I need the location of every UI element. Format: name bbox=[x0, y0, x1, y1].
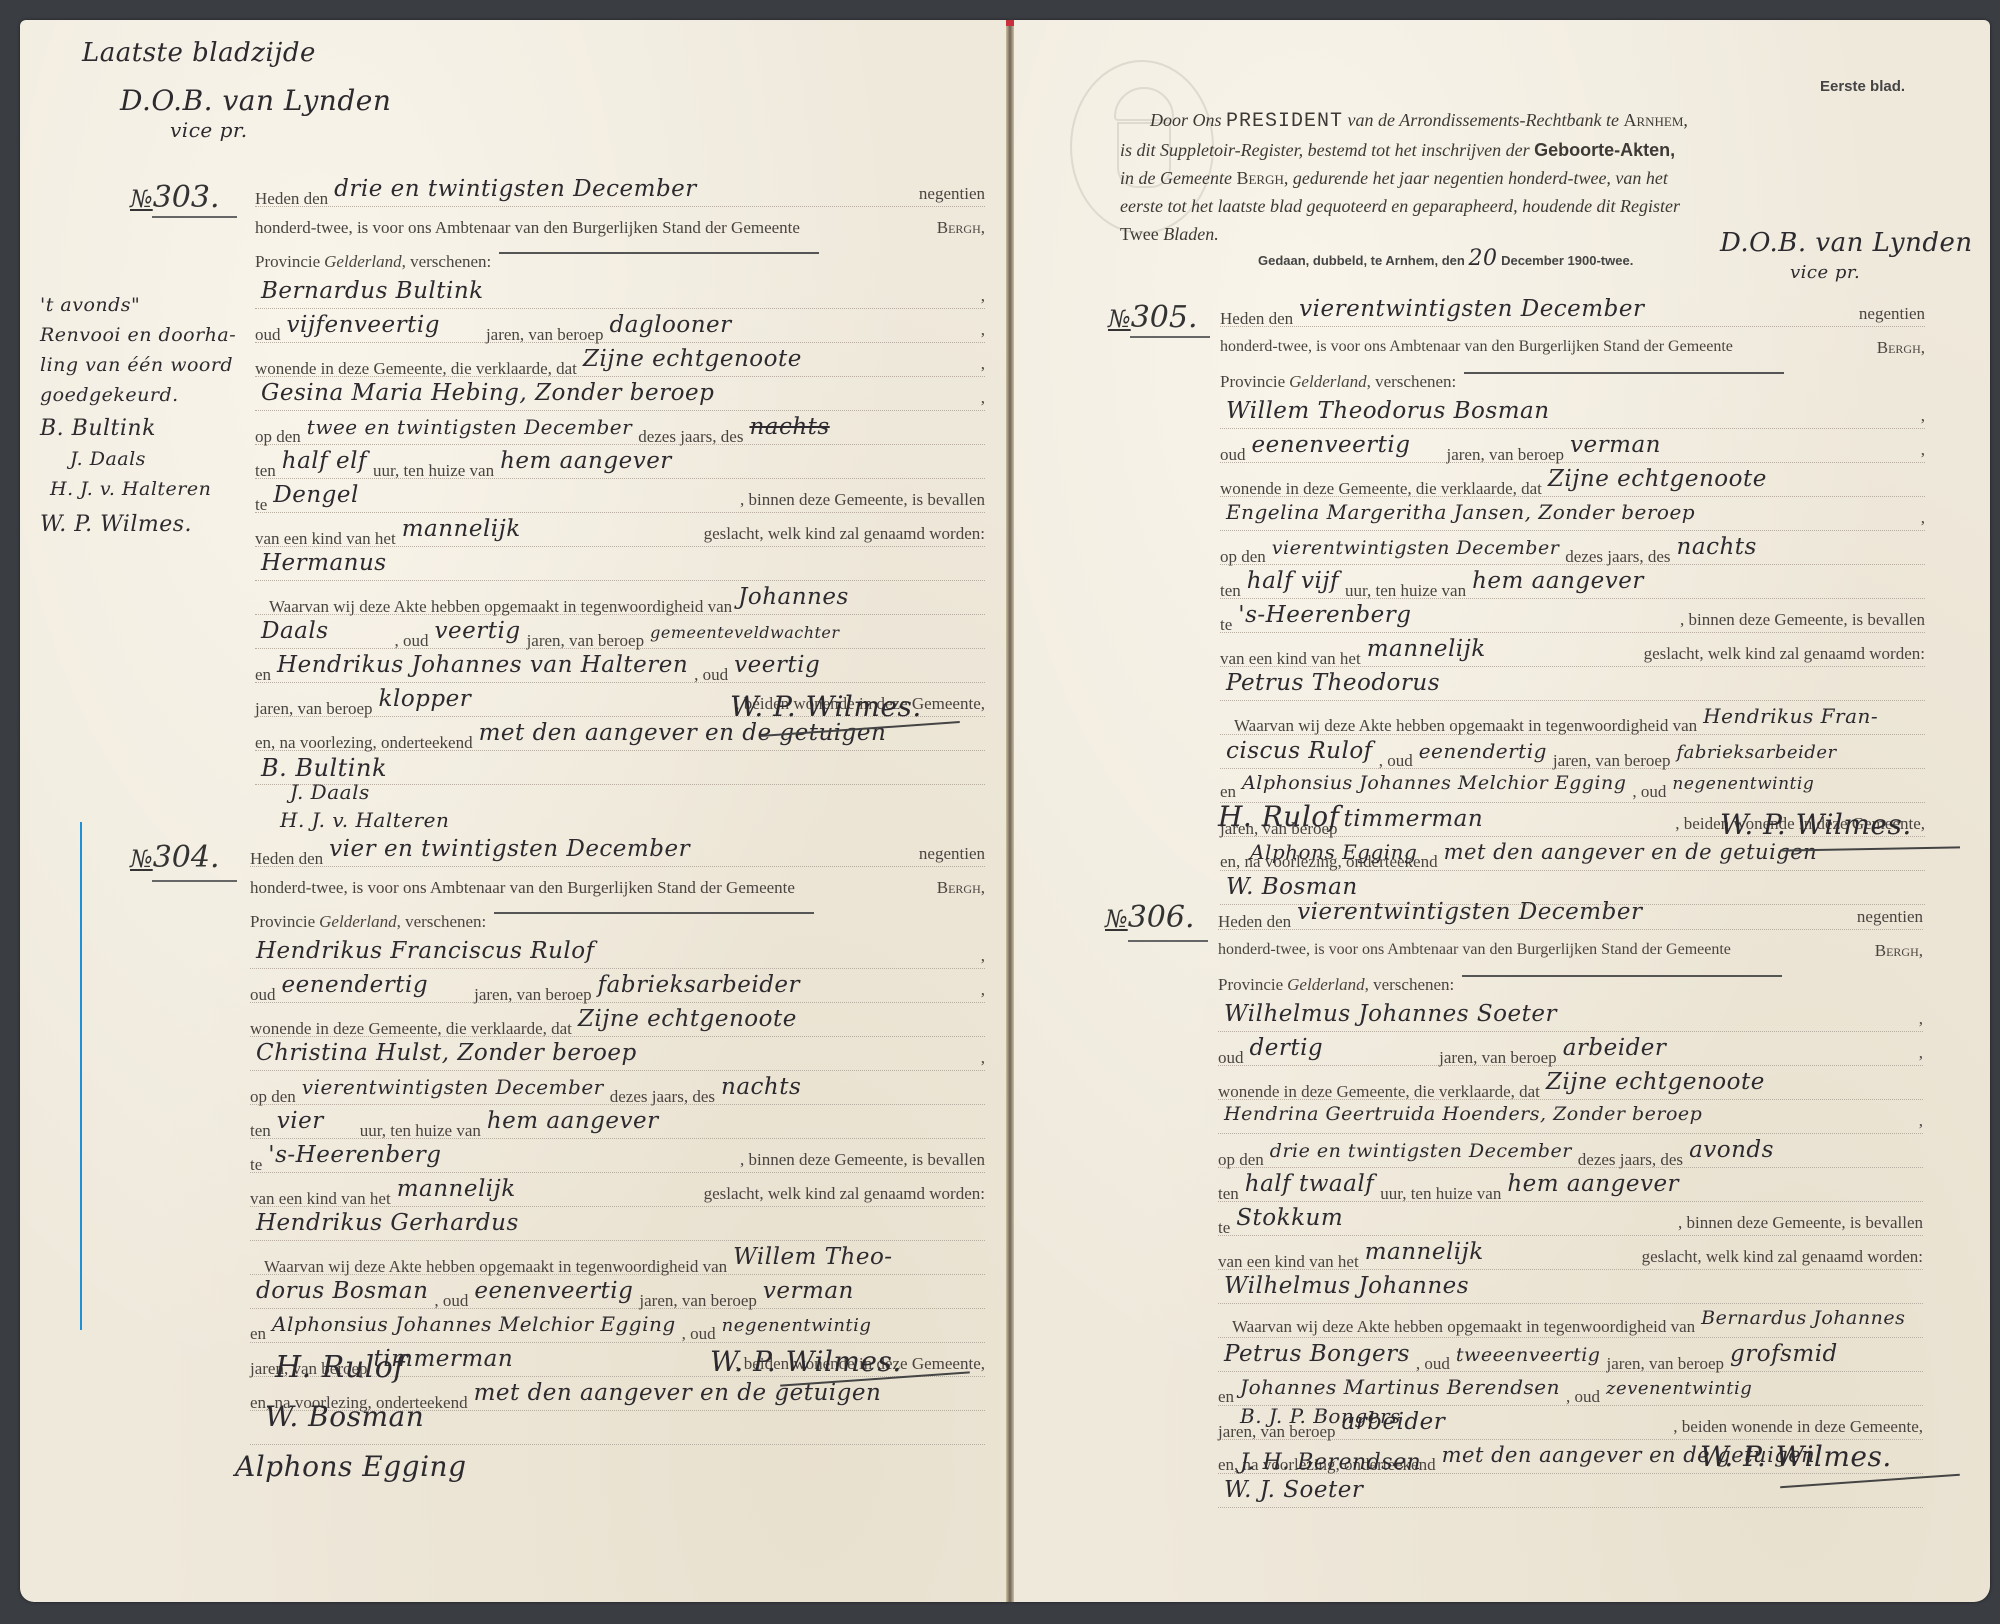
witness1-occupation: verman bbox=[763, 1278, 854, 1304]
birth-hour: half twaalf bbox=[1245, 1171, 1374, 1197]
declarant-occupation: verman bbox=[1570, 432, 1661, 458]
act-number-underline bbox=[152, 880, 237, 882]
declarant-age: eenenveertig bbox=[1252, 432, 1411, 458]
signature: H. J. v. Halteren bbox=[280, 808, 449, 832]
signature: B. J. P. Bongers bbox=[1240, 1404, 1401, 1428]
spouse-name: Hendrina Geertruida Hoenders, Zonder ber… bbox=[1224, 1103, 1702, 1125]
witness1-age: veertig bbox=[435, 618, 521, 644]
spouse-intro: Zijne echtgenoote bbox=[578, 1006, 797, 1032]
witness2-occupation: timmerman bbox=[1344, 806, 1484, 832]
witness1-occupation: grofsmid bbox=[1730, 1341, 1838, 1367]
time-of-day: nachts bbox=[1677, 534, 1757, 560]
act-number-306: №306. bbox=[1105, 900, 1195, 935]
act-number-303: №303. bbox=[130, 180, 220, 215]
birth-date: vierentwintigsten December bbox=[302, 1075, 604, 1099]
declarant-age: vijfenveertig bbox=[287, 312, 440, 338]
witness1-name: Willem Theo- bbox=[733, 1244, 892, 1270]
witness1-age: eenendertig bbox=[1419, 739, 1547, 763]
birth-date: twee en twintigsten December bbox=[307, 415, 632, 439]
signed-with: met den aangever en de getuigen bbox=[474, 1380, 882, 1406]
birth-place: Dengel bbox=[273, 482, 359, 508]
declarant-occupation: fabrieksarbeider bbox=[598, 972, 800, 998]
witness1-name-cont: Daals bbox=[261, 618, 329, 644]
top-note-line3: vice pr. bbox=[170, 118, 248, 142]
declarant-name: Wilhelmus Johannes Soeter bbox=[1224, 1001, 1557, 1027]
witness2-name: Johannes Martinus Berendsen bbox=[1240, 1375, 1560, 1399]
spouse-name: Engelina Margeritha Jansen, Zonder beroe… bbox=[1226, 500, 1695, 524]
witness1-age: eenenveertig bbox=[474, 1278, 633, 1304]
margin-note-303: 't avonds" Renvooi en doorha- ling van é… bbox=[40, 290, 236, 540]
birth-place: 's-Heerenberg bbox=[1238, 602, 1411, 628]
child-sex: mannelijk bbox=[1367, 636, 1486, 662]
birth-house: hem aangever bbox=[1507, 1171, 1679, 1197]
witness1-name-cont: Petrus Bongers bbox=[1224, 1341, 1410, 1367]
register-header: Door Ons PRESIDENT van de Arrondissement… bbox=[1120, 106, 1930, 248]
witness2-age: negenentwintig bbox=[722, 1315, 872, 1336]
margin-signature: W. P. Wilmes. bbox=[40, 510, 236, 540]
act-date: vierentwintigsten December bbox=[1297, 899, 1642, 925]
page-label: Eerste blad. bbox=[1820, 78, 1905, 95]
margin-signature: B. Bultink bbox=[40, 414, 236, 444]
spouse-intro: Zijne echtgenoote bbox=[1546, 1069, 1765, 1095]
selection-marker bbox=[80, 822, 82, 1330]
witness2-name: Alphonsius Johannes Melchior Egging bbox=[272, 1312, 676, 1336]
act-number-underline bbox=[1128, 940, 1208, 942]
birth-hour: vier bbox=[277, 1108, 324, 1134]
act-date: drie en twintigsten December bbox=[334, 176, 697, 202]
signature: Alphons Egging bbox=[235, 1450, 467, 1483]
birth-hour: half elf bbox=[282, 448, 367, 474]
child-name: Hendrikus Gerhardus bbox=[256, 1210, 519, 1236]
witness2-name: Alphonsius Johannes Melchior Egging bbox=[1242, 772, 1626, 794]
signed-with: met den aangever en de getuigen bbox=[1444, 840, 1818, 864]
birth-house: hem aangever bbox=[1472, 568, 1644, 594]
act-number-305: №305. bbox=[1108, 300, 1198, 335]
registrar-signature: W. P. Wilmes. bbox=[710, 1345, 902, 1378]
registrar-signature: W. P. Wilmes. bbox=[1720, 808, 1912, 841]
witness1-occupation: gemeenteveldwachter bbox=[650, 623, 839, 642]
signature: W. J. Soeter bbox=[1224, 1477, 1363, 1503]
witness1-name: Hendrikus Fran- bbox=[1703, 704, 1878, 728]
spouse-name: Gesina Maria Hebing, Zonder beroep bbox=[261, 380, 714, 406]
spouse-intro: Zijne echtgenoote bbox=[583, 346, 802, 372]
red-binding-mark bbox=[1006, 20, 1014, 26]
birth-place: Stokkum bbox=[1236, 1205, 1343, 1231]
top-note-line1: Laatste bladzijde bbox=[82, 36, 316, 70]
witness2-age: zevenentwintig bbox=[1606, 1378, 1752, 1399]
act-number-underline bbox=[152, 216, 237, 218]
president-signature: D.O.B. van Lynden bbox=[1720, 228, 1973, 258]
birth-hour: half vijf bbox=[1247, 568, 1339, 594]
birth-place: 's-Heerenberg bbox=[268, 1142, 441, 1168]
witness1-name: Bernardus Johannes bbox=[1701, 1307, 1905, 1329]
act-date: vier en twintigsten December bbox=[329, 836, 690, 862]
time-of-day: avonds bbox=[1689, 1137, 1774, 1163]
margin-note-line: ling van één woord bbox=[40, 350, 236, 380]
signature: W. Bosman bbox=[265, 1400, 424, 1433]
time-of-day: nachts bbox=[749, 414, 829, 440]
child-name: Wilhelmus Johannes bbox=[1224, 1273, 1469, 1299]
act-number-underline bbox=[1130, 336, 1210, 338]
signature: J. H. Berendsen bbox=[1240, 1450, 1421, 1475]
declarant-name: Bernardus Bultink bbox=[261, 278, 484, 304]
signature: H. Rulof bbox=[1218, 800, 1340, 833]
act-date: vierentwintigsten December bbox=[1299, 296, 1644, 322]
signature: J. Daals bbox=[290, 780, 370, 804]
declarant-age: dertig bbox=[1250, 1035, 1324, 1061]
child-sex: mannelijk bbox=[1365, 1239, 1484, 1265]
margin-signature: J. Daals bbox=[40, 444, 236, 474]
birth-house: hem aangever bbox=[487, 1108, 659, 1134]
witness1-age: tweeenveertig bbox=[1456, 1344, 1601, 1366]
witness2-age: veertig bbox=[734, 652, 820, 678]
book-gutter bbox=[1006, 20, 1014, 1602]
signature: H. Rulof bbox=[275, 1350, 405, 1385]
declarant-name: Hendrikus Franciscus Rulof bbox=[256, 938, 595, 964]
signature: Alphons Egging bbox=[1250, 840, 1417, 864]
declarant-occupation: arbeider bbox=[1563, 1035, 1667, 1061]
time-of-day: nachts bbox=[721, 1074, 801, 1100]
birth-house: hem aangever bbox=[500, 448, 672, 474]
declarant-name: Willem Theodorus Bosman bbox=[1226, 398, 1550, 424]
witness2-occupation: klopper bbox=[379, 686, 472, 712]
done-line: Gedaan, dubbeld, te Arnhem, den 20 Decem… bbox=[1258, 246, 1633, 271]
child-name: Petrus Theodorus bbox=[1226, 670, 1440, 696]
declarant-age: eenendertig bbox=[282, 972, 429, 998]
margin-note-line: Renvooi en doorha- bbox=[40, 320, 236, 350]
child-sex: mannelijk bbox=[402, 516, 521, 542]
witness1-name-cont: dorus Bosman bbox=[256, 1278, 428, 1304]
witness1-occupation: fabrieksarbeider bbox=[1676, 742, 1836, 763]
signed-with: met den aangever en de getuigen bbox=[479, 720, 887, 746]
president-signature-title: vice pr. bbox=[1790, 262, 1860, 283]
margin-note-line: goedgekeurd. bbox=[40, 380, 236, 410]
signature: B. Bultink bbox=[261, 754, 387, 782]
registrar-signature: W. P. Wilmes. bbox=[730, 690, 922, 723]
child-sex: mannelijk bbox=[397, 1176, 516, 1202]
margin-note-line: 't avonds" bbox=[40, 290, 236, 320]
spouse-intro: Zijne echtgenoote bbox=[1548, 466, 1767, 492]
registrar-signature: W. P. Wilmes. bbox=[1700, 1440, 1892, 1473]
birth-date: drie en twintigsten December bbox=[1270, 1140, 1572, 1162]
witness1-name: Johannes bbox=[738, 584, 849, 610]
witness1-name-cont: ciscus Rulof bbox=[1226, 738, 1373, 764]
top-note-signature: D.O.B. van Lynden bbox=[120, 84, 391, 118]
spouse-name: Christina Hulst, Zonder beroep bbox=[256, 1040, 637, 1066]
declarant-occupation: daglooner bbox=[609, 312, 731, 338]
witness2-age: negenentwintig bbox=[1672, 774, 1814, 794]
witness2-name: Hendrikus Johannes van Halteren bbox=[277, 652, 688, 678]
child-name: Hermanus bbox=[261, 550, 387, 576]
birth-date: vierentwintigsten December bbox=[1272, 537, 1559, 559]
act-number-304: №304. bbox=[130, 840, 220, 875]
margin-signature: H. J. v. Halteren bbox=[40, 474, 236, 504]
